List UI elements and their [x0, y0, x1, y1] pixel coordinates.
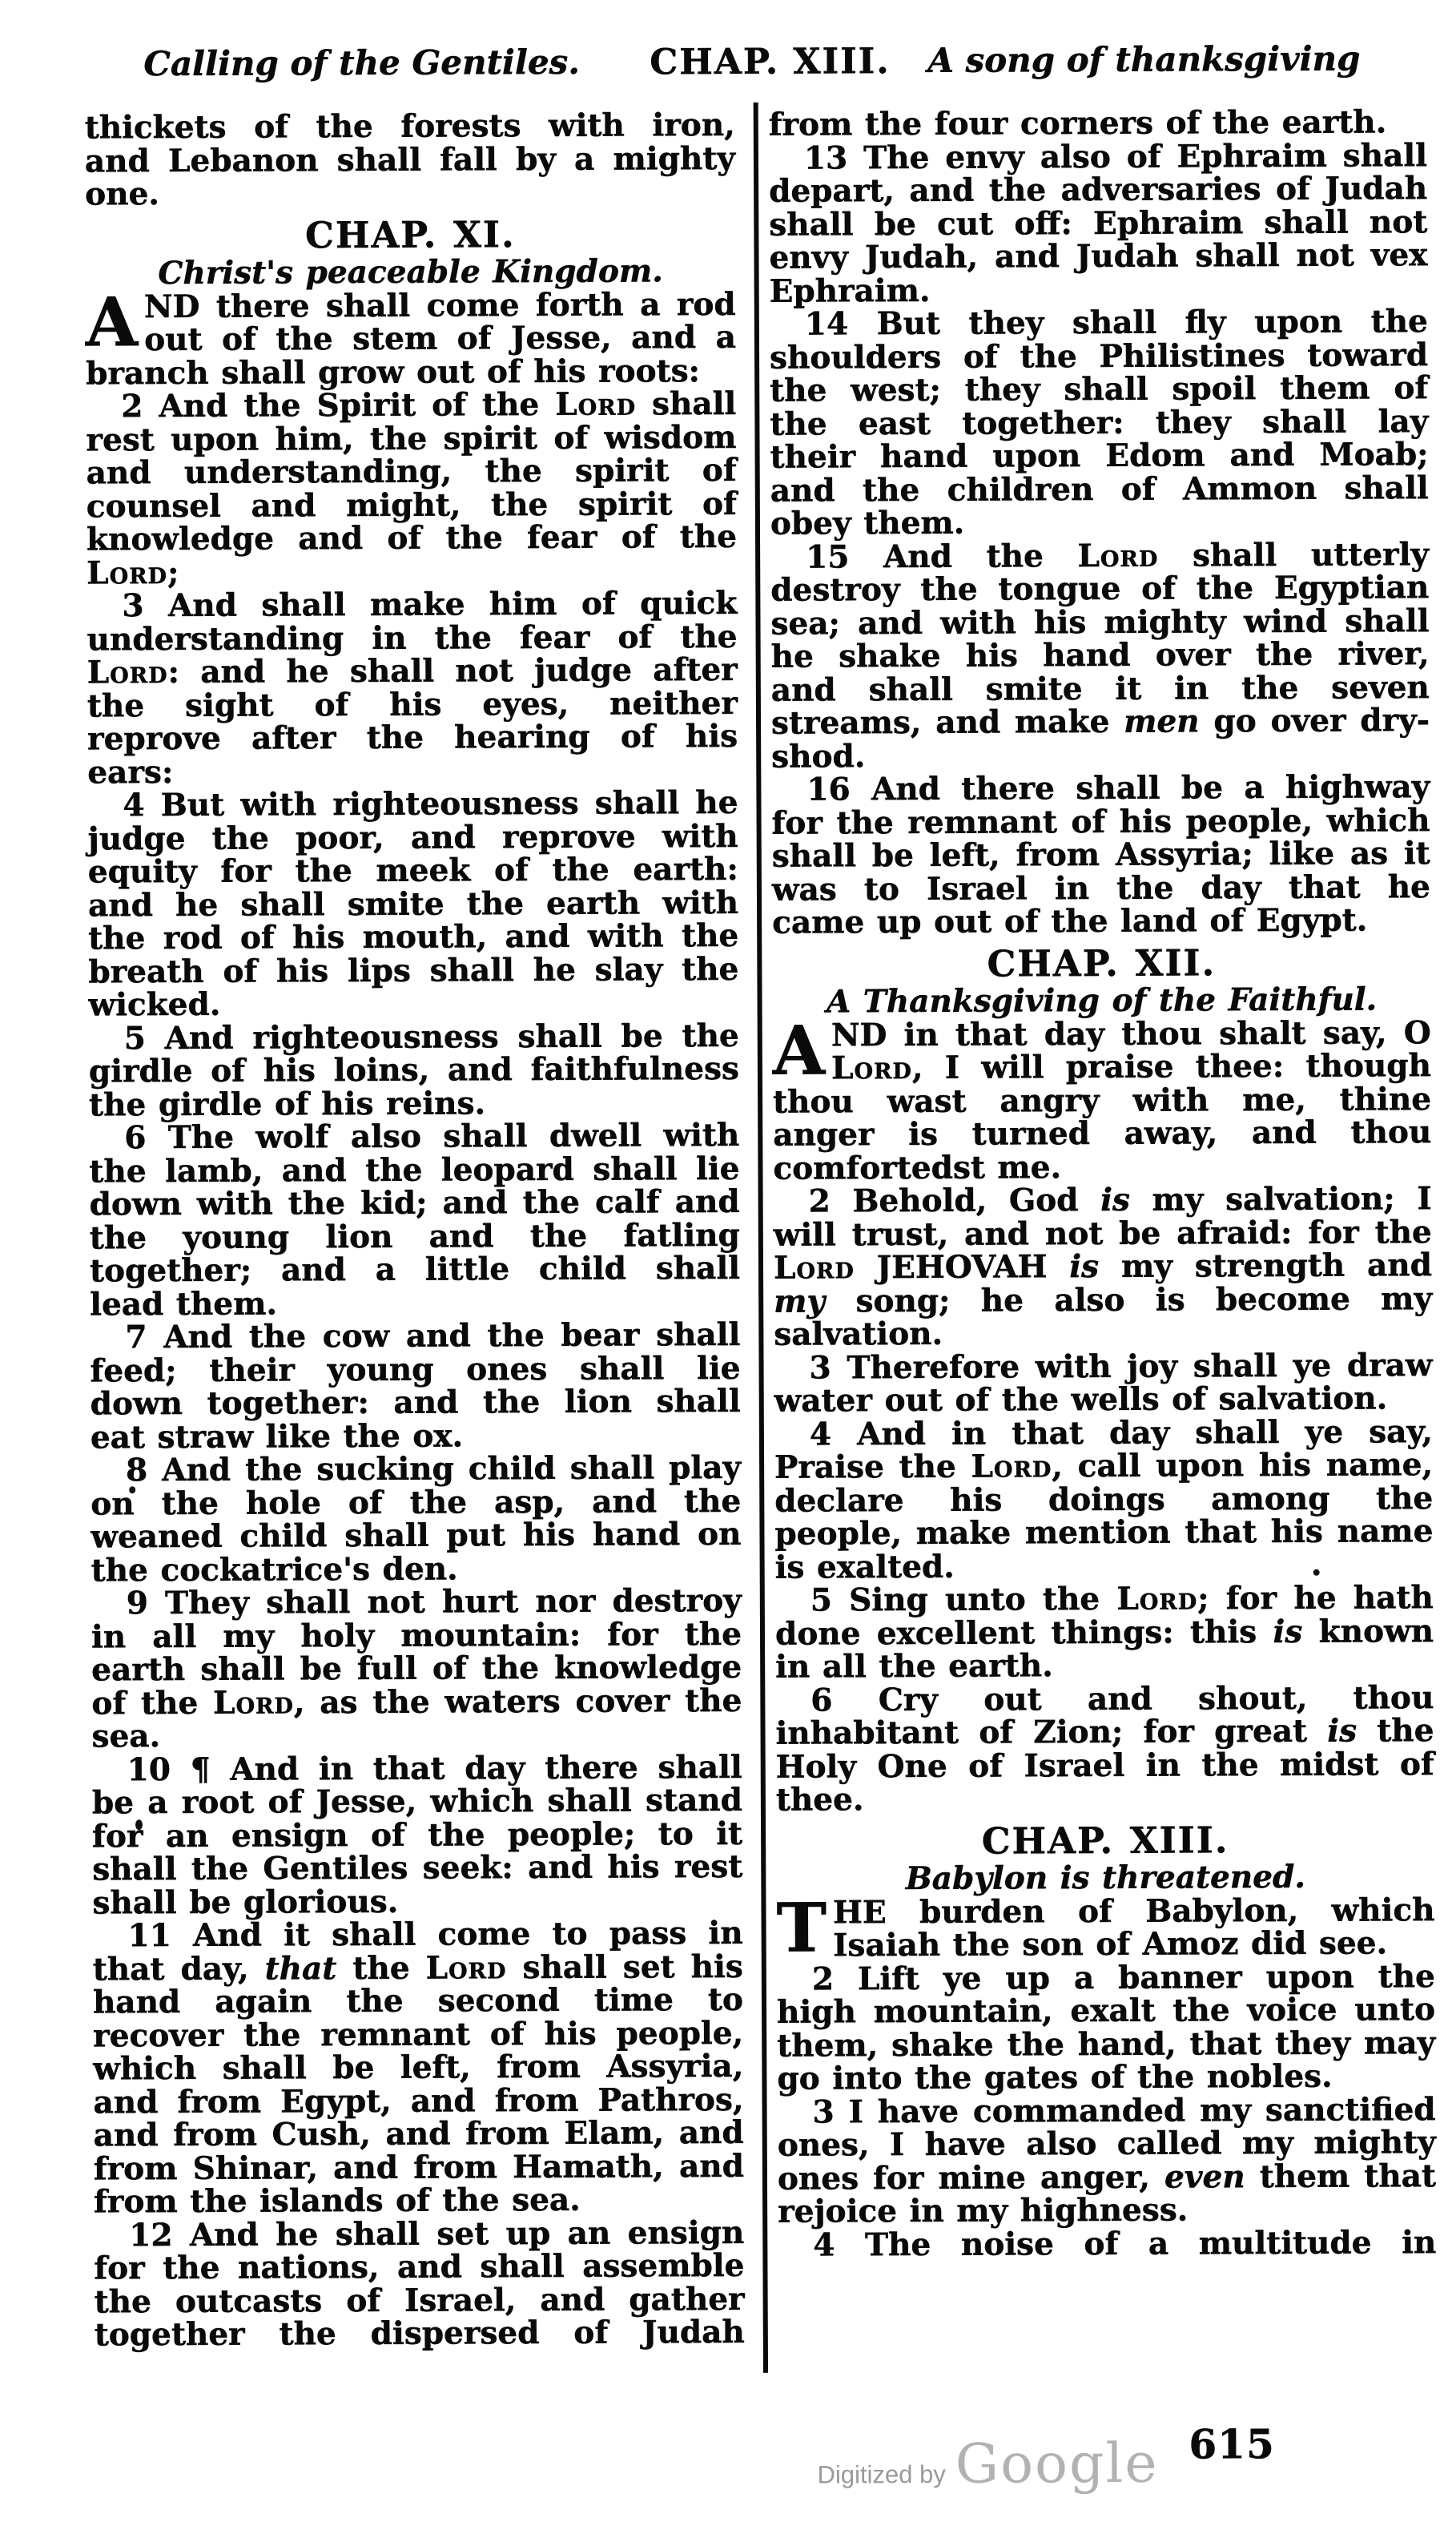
google-watermark: Digitized byGoogle	[817, 2432, 1158, 2497]
chapter-heading: CHAP. XII.	[772, 944, 1430, 984]
verse-paragraph: AND there shall come forth a rod out of …	[86, 288, 737, 390]
verse-text: ND there shall come forth a rod out of t…	[86, 285, 736, 392]
ink-speck	[129, 1486, 135, 1493]
verse-paragraph: THE burden of Babylon, which Isaiah the …	[776, 1894, 1434, 1964]
chapter-heading: CHAP. XI.	[85, 215, 735, 255]
verse-paragraph: 3 I have commanded my sanctified ones, I…	[778, 2093, 1437, 2230]
watermark-digitized-by: Digitized by	[818, 2460, 946, 2489]
verse-text: ND in that day thou shalt say, O Lord, I…	[773, 1014, 1431, 1187]
verse-paragraph: 9 They shall not hurt nor destroy in all…	[91, 1585, 742, 1754]
running-head: Calling of the Gentiles. CHAP. XIII. A s…	[0, 38, 1451, 93]
continuation-paragraph: thickets of the forests with iron, and L…	[85, 109, 736, 212]
column-divider-rule	[754, 103, 768, 2373]
page-number: 615	[1189, 2420, 1272, 2468]
ink-speck	[1313, 1569, 1320, 1576]
continuation-paragraph: from the four corners of the earth.	[769, 106, 1427, 142]
verse-paragraph: 4 And in that day shall ye say, Praise t…	[774, 1416, 1434, 1585]
verse-paragraph: 2 And the Spirit of the Lord shall rest …	[86, 388, 737, 590]
verse-paragraph: 3 And shall make him of quick understand…	[86, 587, 738, 790]
verse-paragraph: 2 Lift ye up a banner upon the high moun…	[777, 1960, 1436, 2097]
running-head-chapter: CHAP. XIII.	[650, 41, 891, 83]
ink-speck	[135, 1819, 143, 1830]
verse-paragraph: 6 Cry out and shout, thou inhabitant of …	[775, 1682, 1434, 1818]
verse-paragraph: 15 And the Lord shall utterly destroy th…	[770, 538, 1430, 774]
verse-paragraph: 13 The envy also of Ephraim shall depart…	[769, 139, 1428, 308]
verse-paragraph: 5 Sing unto the Lord; for he hath done e…	[775, 1581, 1434, 1684]
running-head-right: A song of thanksgiving	[927, 39, 1360, 80]
verse-paragraph: 10 ¶ And in that day there shall be a ro…	[92, 1750, 743, 1920]
drop-cap-letter: A	[773, 1019, 832, 1085]
text-column-right: from the four corners of the earth.13 Th…	[769, 106, 1437, 2262]
running-head-left: Calling of the Gentiles.	[143, 42, 580, 83]
verse-paragraph: AND in that day thou shalt say, O Lord, …	[773, 1017, 1432, 1186]
drop-cap-letter: A	[86, 291, 145, 357]
verse-paragraph: 3 Therefore with joy shall ye draw water…	[774, 1349, 1432, 1419]
verse-paragraph: 4 But with righteousness shall he judge …	[87, 787, 738, 1022]
text-column-left: thickets of the forests with iron, and L…	[85, 109, 745, 2352]
verse-paragraph: 12 And he shall set up an ensign for the…	[94, 2216, 745, 2352]
drop-cap-letter: T	[776, 1896, 833, 1962]
verse-paragraph: 5 And righteousness shall be the girdle …	[89, 1019, 740, 1122]
verse-paragraph: 11 And it shall come to pass in that day…	[93, 1917, 745, 2219]
verse-paragraph: 2 Behold, God is my salvation; I will tr…	[774, 1182, 1433, 1352]
verse-paragraph: 8 And the sucking child shall play on th…	[90, 1452, 742, 1588]
verse-paragraph: 4 The noise of a multitude in	[778, 2226, 1436, 2262]
chapter-heading: CHAP. XIII.	[776, 1821, 1434, 1861]
verse-paragraph: 14 But they shall fly upon the shoulders…	[770, 305, 1429, 541]
book-page: Calling of the Gentiles. CHAP. XIII. A s…	[0, 0, 1456, 2530]
verse-paragraph: 16 And there shall be a highway for the …	[771, 771, 1430, 940]
verse-paragraph: 7 And the cow and the bear shall feed; t…	[90, 1319, 741, 1455]
verse-paragraph: 6 The wolf also shall dwell with the lam…	[89, 1119, 740, 1322]
google-logo: Google	[955, 2432, 1159, 2496]
verse-text: HE burden of Babylon, which Isaiah the s…	[833, 1891, 1435, 1964]
